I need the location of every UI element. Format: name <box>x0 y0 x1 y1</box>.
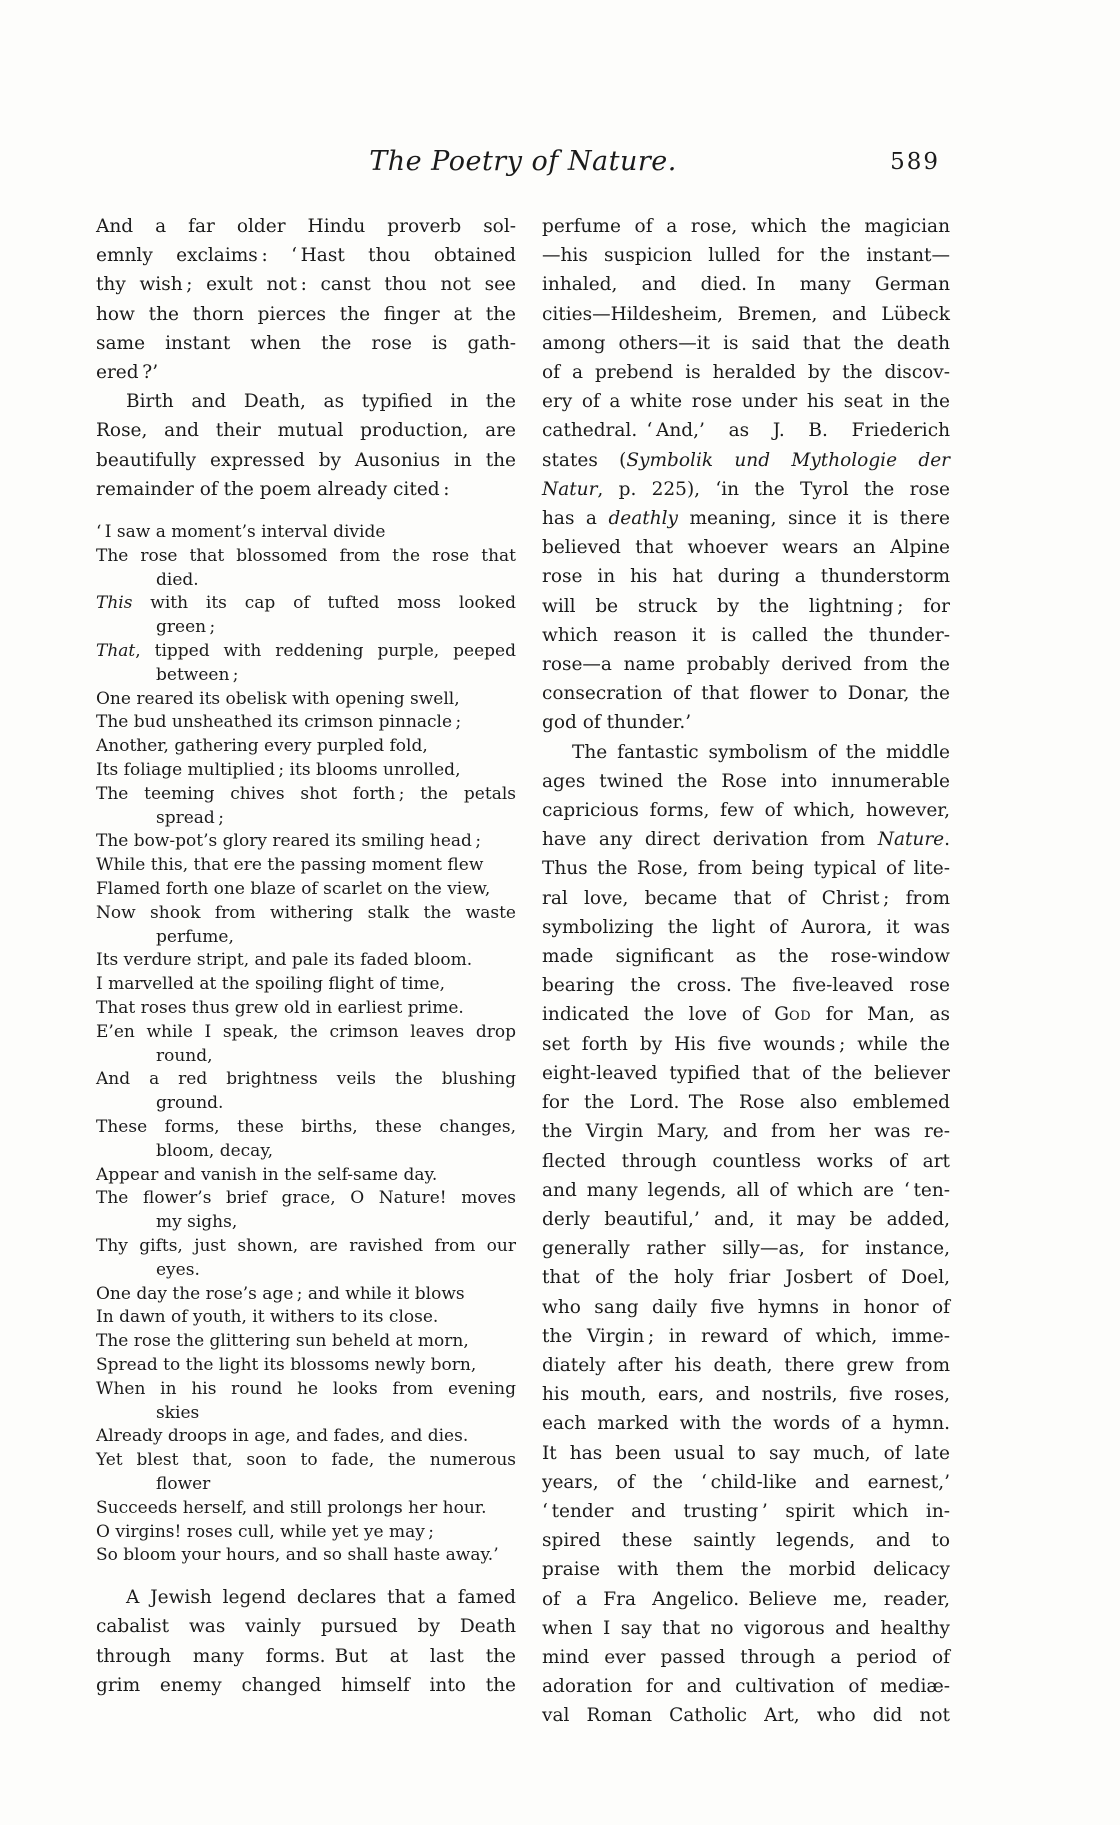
text-line: who sang daily five hymns in honor of <box>542 1293 950 1322</box>
left-column: And a far older Hindu proverb sol-emnly … <box>96 212 516 1731</box>
scanned-book-page: The Poetry of Nature. 589 And a far olde… <box>0 0 1120 1825</box>
poem-line: bloom, decay, <box>96 1140 516 1164</box>
text-line: remainder of the poem already cited : <box>96 475 516 504</box>
poem-line: Now shook from withering stalk the waste <box>96 902 516 926</box>
text-line: believed that whoever wears an Alpine <box>542 533 950 562</box>
text-line: rose—a name probably derived from the <box>542 650 950 679</box>
poem-line: ‘ I saw a moment’s interval divide <box>96 521 516 545</box>
text-line: adoration for and cultivation of mediæ- <box>542 1672 950 1701</box>
poem-line: spread ; <box>96 807 516 831</box>
poem-line: In dawn of youth, it withers to its clos… <box>96 1306 516 1330</box>
page-number: 589 <box>890 149 940 175</box>
poem-line: between ; <box>96 664 516 688</box>
text-line: ery of a white rose under his seat in th… <box>542 387 950 416</box>
poem-line: perfume, <box>96 926 516 950</box>
poem-line: Its verdure stript, and pale its faded b… <box>96 949 516 973</box>
text-line: A Jewish legend declares that a famed <box>96 1583 516 1612</box>
text-line: indicated the love of God for Man, as <box>542 1000 950 1029</box>
hindu-proverb-paragraph: And a far older Hindu proverb sol-emnly … <box>96 212 516 387</box>
poem-line: Appear and vanish in the self-same day. <box>96 1164 516 1188</box>
poem-line: flower <box>96 1473 516 1497</box>
poem-line: That roses thus grew old in earliest pri… <box>96 997 516 1021</box>
poem-line: Another, gathering every purpled fold, <box>96 735 516 759</box>
text-line: The fantastic symbolism of the middle <box>542 738 950 767</box>
text-line: same instant when the rose is gath- <box>96 329 516 358</box>
text-line: perfume of a rose, which the magician <box>542 212 950 241</box>
poem-line: E’en while I speak, the crimson leaves d… <box>96 1021 516 1045</box>
text-line: have any direct derivation from Nature. <box>542 825 950 854</box>
magician-rose-paragraph: perfume of a rose, which the magician—hi… <box>542 212 950 738</box>
text-line: Thus the Rose, from being typical of lit… <box>542 854 950 883</box>
text-line: cities—Hildesheim, Bremen, and Lübeck <box>542 300 950 329</box>
text-line: and many legends, all of which are ‘ ten… <box>542 1176 950 1205</box>
text-line: And a far older Hindu proverb sol- <box>96 212 516 241</box>
poem-line: O virgins! roses cull, while yet ye may … <box>96 1521 516 1545</box>
text-line: ered ?’ <box>96 358 516 387</box>
ausonius-intro-paragraph: Birth and Death, as typified in theRose,… <box>96 387 516 504</box>
text-line: cathedral. ‘ And,’ as J. B. Friederich <box>542 416 950 445</box>
poem-line: So bloom your hours, and so shall haste … <box>96 1544 516 1568</box>
poem-line: Spread to the light its blossoms newly b… <box>96 1354 516 1378</box>
text-line: capricious forms, few of which, however, <box>542 796 950 825</box>
text-line: consecration of that flower to Donar, th… <box>542 679 950 708</box>
poem-line: Flamed forth one blaze of scarlet on the… <box>96 878 516 902</box>
text-line: val Roman Catholic Art, who did not <box>542 1701 950 1730</box>
text-line: symbolizing the light of Aurora, it was <box>542 913 950 942</box>
poem-line: Thy gifts, just shown, are ravished from… <box>96 1235 516 1259</box>
poem-line: died. <box>96 569 516 593</box>
text-line: derly beautiful,’ and, it may be added, <box>542 1205 950 1234</box>
jewish-legend-paragraph: A Jewish legend declares that a famedcab… <box>96 1583 516 1700</box>
poem-line: The bow-pot’s glory reared its smiling h… <box>96 830 516 854</box>
text-line: the Virgin Mary, and from her was re- <box>542 1117 950 1146</box>
poem-line: The teeming chives shot forth ; the peta… <box>96 783 516 807</box>
text-line: thy wish ; exult not : canst thou not se… <box>96 270 516 299</box>
poem-line: One day the rose’s age ; and while it bl… <box>96 1283 516 1307</box>
poem-line: The rose the glittering sun beheld at mo… <box>96 1330 516 1354</box>
poem-line: ground. <box>96 1092 516 1116</box>
text-line: god of thunder.’ <box>542 708 950 737</box>
text-line: grim enemy changed himself into the <box>96 1671 516 1700</box>
text-line: beautifully expressed by Ausonius in the <box>96 446 516 475</box>
rose-symbolism-paragraph: The fantastic symbolism of the middleage… <box>542 738 950 1731</box>
text-line: generally rather silly—as, for instance, <box>542 1234 950 1263</box>
poem-line: The bud unsheathed its crimson pinnacle … <box>96 711 516 735</box>
text-line: states (Symbolik und Mythologie der <box>542 446 950 475</box>
text-line: of a prebend is heralded by the discov- <box>542 358 950 387</box>
text-line: his mouth, ears, and nostrils, five rose… <box>542 1380 950 1409</box>
text-line: bearing the cross. The five-leaved rose <box>542 971 950 1000</box>
text-line: for the Lord. The Rose also emblemed <box>542 1088 950 1117</box>
text-line: which reason it is called the thunder- <box>542 621 950 650</box>
poem-line: Already droops in age, and fades, and di… <box>96 1425 516 1449</box>
text-line: Rose, and their mutual production, are <box>96 416 516 445</box>
text-columns: And a far older Hindu proverb sol-emnly … <box>96 212 950 1731</box>
text-line: each marked with the words of a hymn. <box>542 1409 950 1438</box>
right-column: perfume of a rose, which the magician—hi… <box>542 212 950 1731</box>
text-line: praise with them the morbid delicacy <box>542 1555 950 1584</box>
text-line: Birth and Death, as typified in the <box>96 387 516 416</box>
poem-line: And a red brightness veils the blushing <box>96 1068 516 1092</box>
text-line: Natur, p. 225), ‘in the Tyrol the rose <box>542 475 950 504</box>
poem-line: Its foliage multiplied ; its blooms unro… <box>96 759 516 783</box>
poem-line: my sighs, <box>96 1211 516 1235</box>
text-line: how the thorn pierces the finger at the <box>96 300 516 329</box>
text-line: cabalist was vainly pursued by Death <box>96 1612 516 1641</box>
poem-line: One reared its obelisk with opening swel… <box>96 688 516 712</box>
poem-line: Succeeds herself, and still prolongs her… <box>96 1497 516 1521</box>
ausonius-poem: ‘ I saw a moment’s interval divideThe ro… <box>96 521 516 1568</box>
poem-line: round, <box>96 1045 516 1069</box>
text-line: the Virgin ; in reward of which, imme- <box>542 1322 950 1351</box>
text-line: inhaled, and died. In many German <box>542 270 950 299</box>
text-line: years, of the ‘ child-like and earnest,’ <box>542 1468 950 1497</box>
running-header: The Poetry of Nature. 589 <box>96 146 950 186</box>
text-line: It has been usual to say much, of late <box>542 1439 950 1468</box>
text-line: eight-leaved typified that of the believ… <box>542 1059 950 1088</box>
text-line: spired these saintly legends, and to <box>542 1526 950 1555</box>
poem-line: green ; <box>96 616 516 640</box>
text-line: emnly exclaims : ‘ Hast thou obtained <box>96 241 516 270</box>
text-line: diately after his death, there grew from <box>542 1351 950 1380</box>
text-line: made significant as the rose-window <box>542 942 950 971</box>
text-line: rose in his hat during a thunderstorm <box>542 562 950 591</box>
poem-line: skies <box>96 1402 516 1426</box>
poem-line: These forms, these births, these changes… <box>96 1116 516 1140</box>
poem-line: While this, that ere the passing moment … <box>96 854 516 878</box>
text-line: when I say that no vigorous and healthy <box>542 1614 950 1643</box>
text-line: ral love, became that of Christ ; from <box>542 884 950 913</box>
poem-line: Yet blest that, soon to fade, the numero… <box>96 1449 516 1473</box>
text-line: among others—it is said that the death <box>542 329 950 358</box>
text-line: ‘ tender and trusting ’ spirit which in- <box>542 1497 950 1526</box>
text-line: flected through countless works of art <box>542 1147 950 1176</box>
poem-line: When in his round he looks from evening <box>96 1378 516 1402</box>
poem-line: The flower’s brief grace, O Nature! move… <box>96 1187 516 1211</box>
text-line: of a Fra Angelico. Believe me, reader, <box>542 1585 950 1614</box>
text-line: mind ever passed through a period of <box>542 1643 950 1672</box>
poem-line: I marvelled at the spoiling flight of ti… <box>96 973 516 997</box>
text-line: ages twined the Rose into innumerable <box>542 767 950 796</box>
poem-line: The rose that blossomed from the rose th… <box>96 545 516 569</box>
poem-line: This with its cap of tufted moss looked <box>96 592 516 616</box>
text-line: that of the holy friar Josbert of Doel, <box>542 1263 950 1292</box>
poem-line: That, tipped with reddening purple, peep… <box>96 640 516 664</box>
page-title: The Poetry of Nature. <box>96 146 950 177</box>
text-line: set forth by His five wounds ; while the <box>542 1030 950 1059</box>
text-line: will be struck by the lightning ; for <box>542 592 950 621</box>
poem-line: eyes. <box>96 1259 516 1283</box>
text-line: has a deathly meaning, since it is there <box>542 504 950 533</box>
text-line: —his suspicion lulled for the instant— <box>542 241 950 270</box>
text-line: through many forms. But at last the <box>96 1642 516 1671</box>
